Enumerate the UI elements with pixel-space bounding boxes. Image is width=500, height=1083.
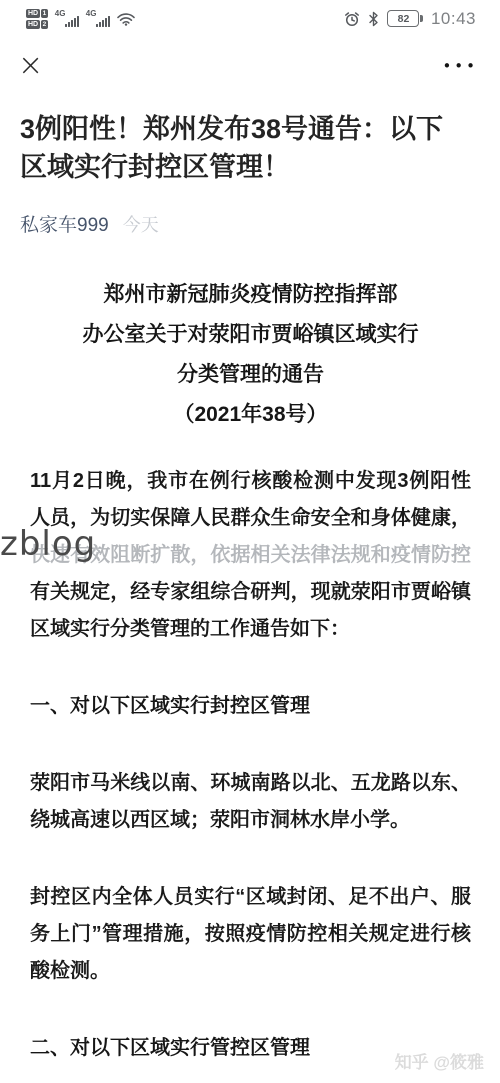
notice-title: 郑州市新冠肺炎疫情防控指挥部 办公室关于对荥阳市贾峪镇区域实行 分类管理的通告 … [30, 275, 471, 435]
status-bar-right: 82 10:43 [344, 9, 476, 29]
signal-bars [65, 16, 79, 27]
section1-paragraph-measures: 封控区内全体人员实行“区域封闭、足不出户、服务上门”管理措施，按照疫情防控相关规… [30, 879, 471, 990]
wifi-icon [117, 12, 135, 26]
status-time: 10:43 [431, 9, 476, 29]
author-name[interactable]: 私家车999 [20, 210, 109, 237]
page-header: × ••• [0, 44, 500, 88]
author-row: 私家车999 今天 [20, 210, 480, 237]
hd-sim2-badge: HD 2 [26, 20, 48, 29]
article-body: 郑州市新冠肺炎疫情防控指挥部 办公室关于对荥阳市贾峪镇区域实行 分类管理的通告 … [0, 275, 500, 1067]
notice-title-line: 办公室关于对荥阳市贾峪镇区域实行 [30, 315, 471, 355]
hd-label: HD [26, 20, 40, 29]
intro-text-dark: 有关规定，经专家组综合研判，现就荥阳市贾峪镇区域实行分类管理的工作通告如下： [30, 581, 471, 640]
more-options-button[interactable]: ••• [442, 59, 478, 74]
bluetooth-icon [368, 11, 379, 27]
sim2-number: 2 [41, 20, 48, 29]
sim1-number: 1 [41, 9, 48, 18]
signal-strength-icon-sim2: 4G [86, 9, 110, 29]
battery-icon: 82 [387, 10, 423, 27]
hd-sim1-badge: HD 1 [26, 9, 48, 18]
section1-heading: 一、对以下区域实行封控区管理 [30, 688, 471, 725]
paragraph-intro: 11月2日晚，我市在例行核酸检测中发现3例阳性人员，为切实保障人民群众生命安全和… [30, 463, 471, 648]
battery-level: 82 [387, 10, 419, 27]
article-title: 3例阳性！郑州发布38号通告：以下区域实行封控区管理！ [20, 110, 468, 186]
notice-title-line: 分类管理的通告 [30, 355, 471, 395]
signal-bars [96, 16, 110, 27]
signal-strength-icon-sim1: 4G [55, 9, 79, 29]
status-bar-left: HD 1 HD 2 4G 4G [26, 9, 135, 29]
intro-text-faded: 快速有效阻断扩散，依据相关法律法规和疫情防控 [30, 544, 471, 566]
alarm-icon [344, 11, 360, 27]
publish-date: 今天 [123, 211, 159, 237]
section1-paragraph-areas: 荥阳市马米线以南、环城南路以北、五龙路以东、绕城高速以西区域；荥阳市洞林水岸小学… [30, 765, 471, 839]
status-bar: HD 1 HD 2 4G 4G [0, 0, 500, 32]
intro-text-dark: 11月2日晚，我市在例行核酸检测中发现3例阳性人员，为切实保障人民群众生命安全和… [30, 470, 471, 529]
battery-nub [420, 15, 423, 22]
notice-title-line: （2021年38号） [30, 395, 471, 435]
phone-screen: HD 1 HD 2 4G 4G [0, 0, 500, 1083]
hd-volte-icon: HD 1 HD 2 [26, 9, 48, 29]
section2-heading: 二、对以下区域实行管控区管理 [30, 1030, 471, 1067]
notice-title-line: 郑州市新冠肺炎疫情防控指挥部 [30, 275, 471, 315]
close-button[interactable]: × [14, 51, 47, 81]
hd-label: HD [26, 9, 40, 18]
